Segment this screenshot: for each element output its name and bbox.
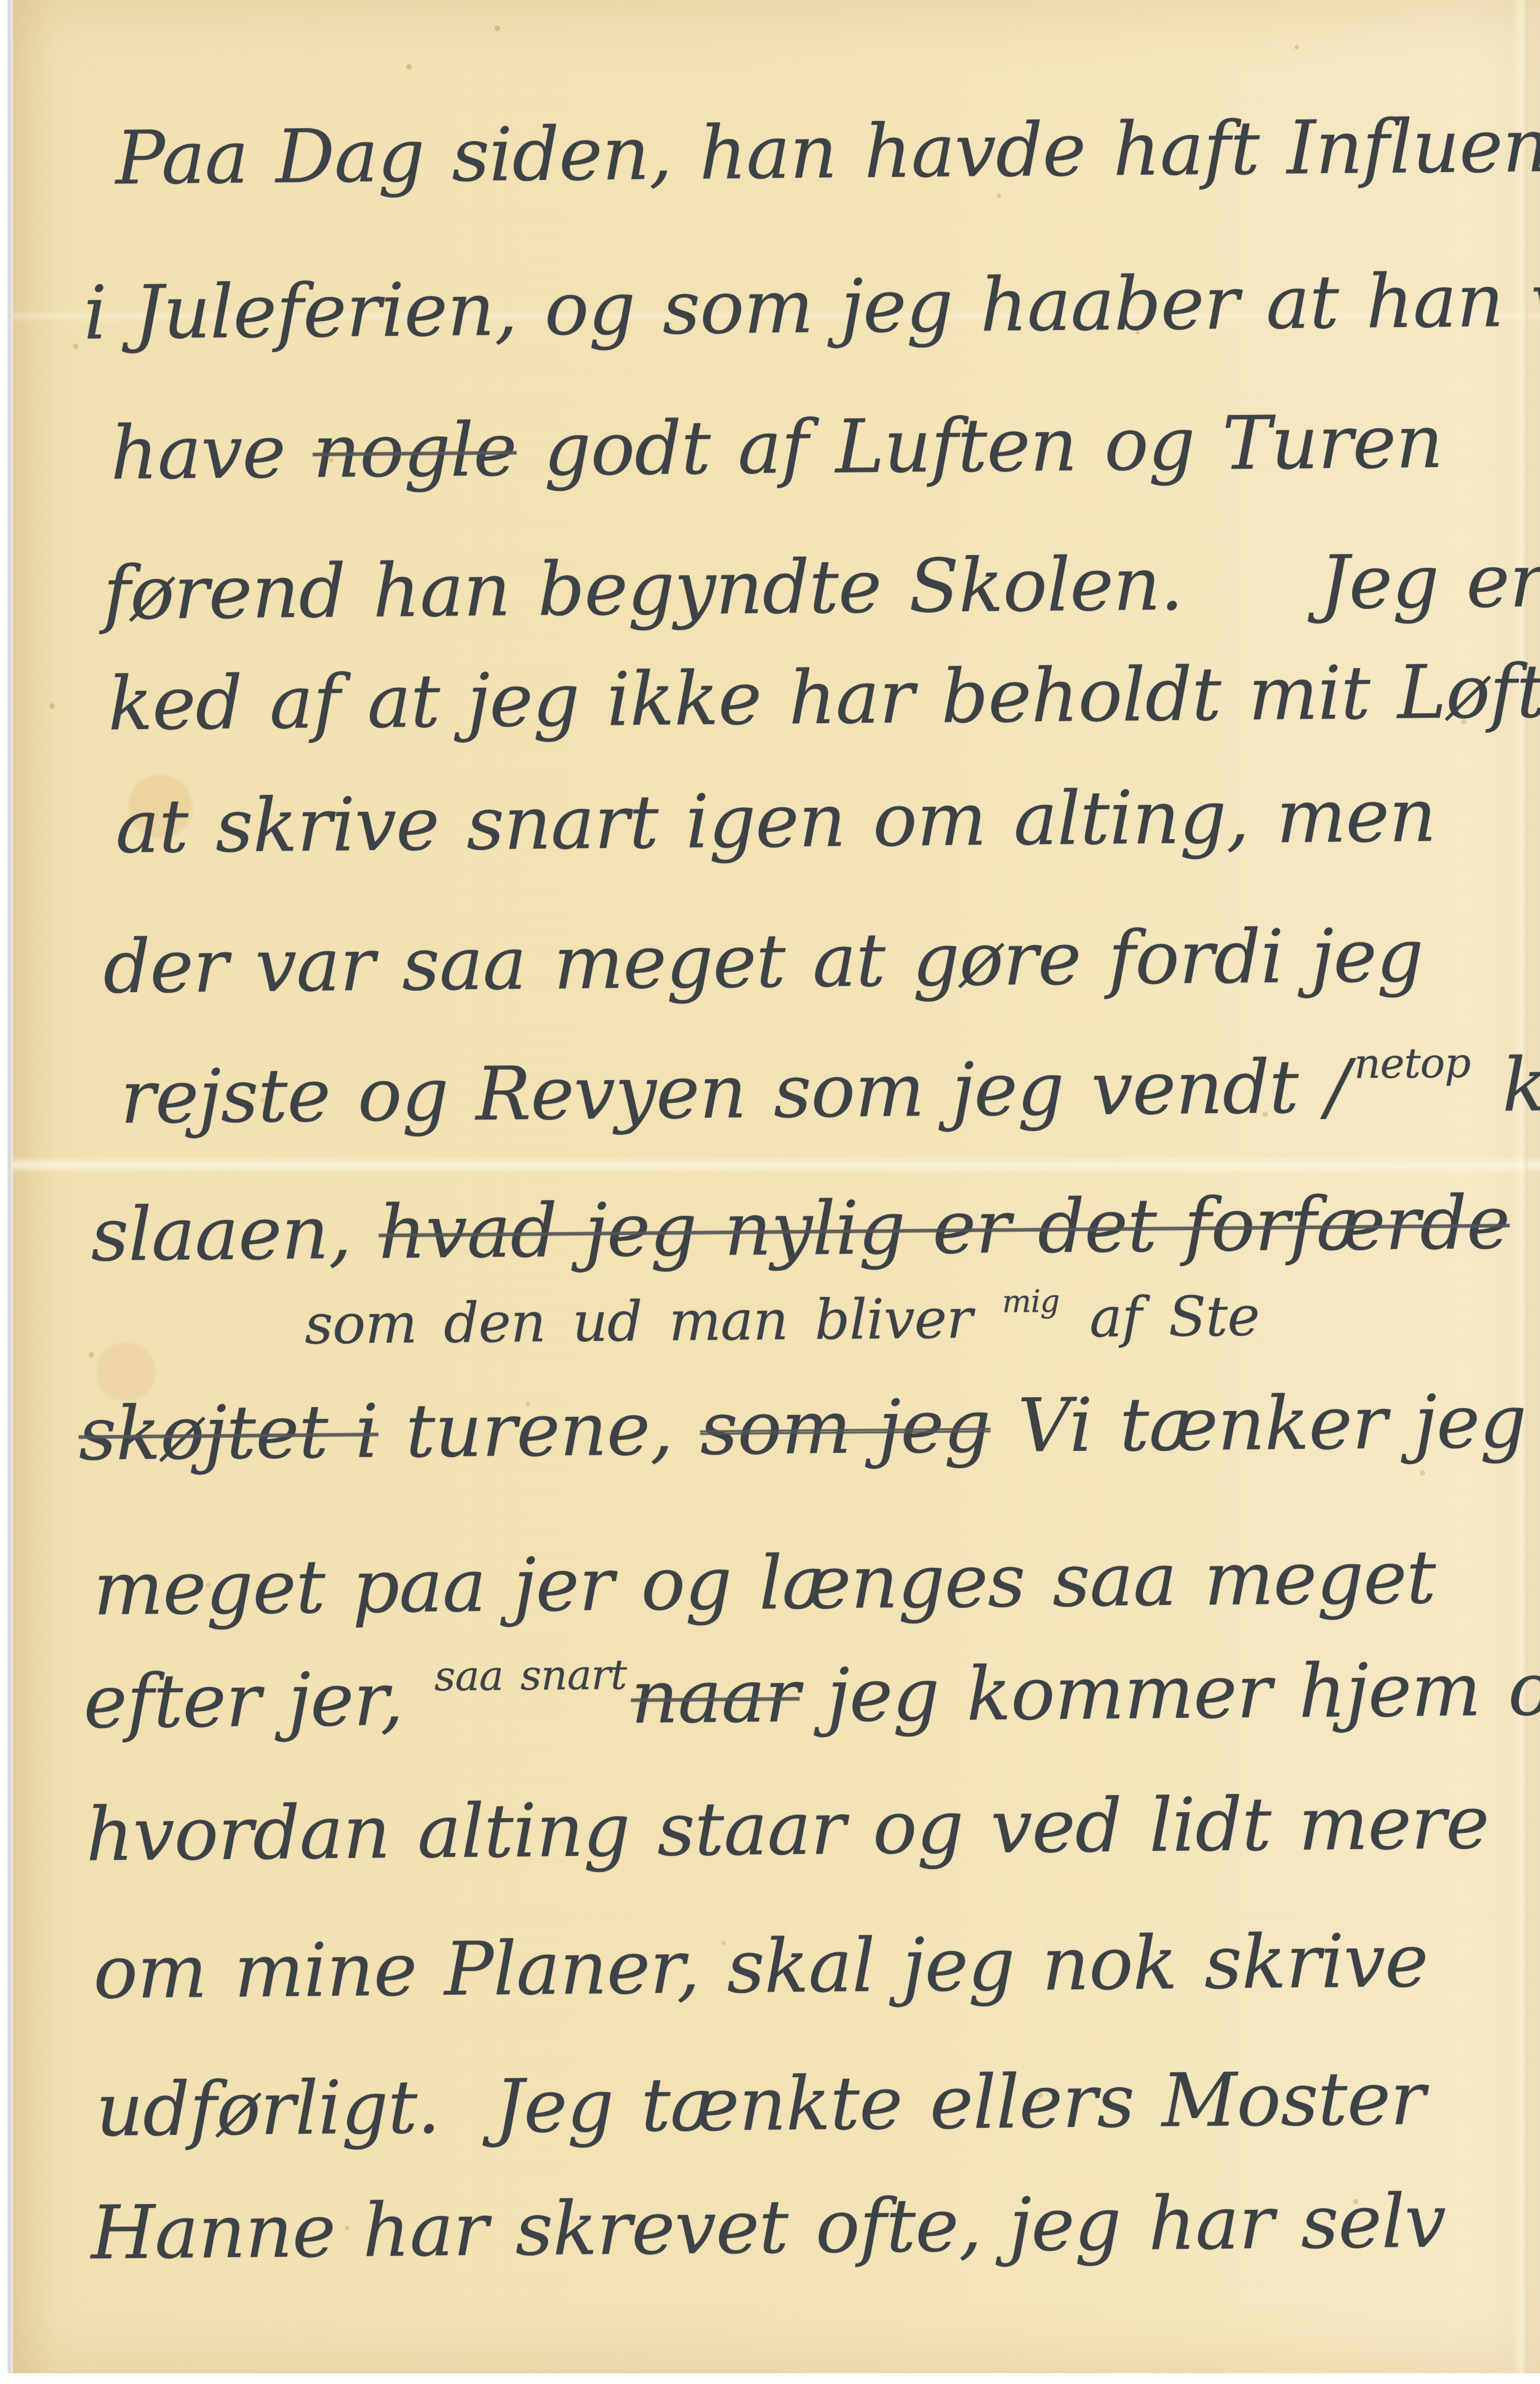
- strikethrough-text: hvad jeg nylig er det forfærde: [378, 1180, 1510, 1275]
- handwriting-text: have: [110, 409, 313, 497]
- scan-edge-bottom: [0, 2373, 1540, 2384]
- handwriting-line: efter jer, saa snartnaar jeg kommer hjem…: [83, 1651, 1540, 1739]
- handwriting-line: meget paa jer og længes saa meget: [93, 1541, 1436, 1626]
- handwriting-line: om mine Planer, skal jeg nok skrive: [93, 1924, 1428, 2010]
- handwriting-text: der var saa meget at gøre fordi jeg: [103, 913, 1424, 1010]
- strikethrough-text: naar: [631, 1653, 800, 1740]
- handwriting-text: efter jer,: [83, 1656, 431, 1745]
- handwriting-text: jeg kommer hjem og hør: [799, 1645, 1540, 1739]
- handwriting-line: som den ud man bliver mig af Ste: [305, 1289, 1260, 1352]
- handwriting-text: udførligt. Jeg tænkte ellers Moster: [95, 2056, 1425, 2153]
- handwriting-text: Paa Dag siden, han havde haft Influenza: [115, 103, 1540, 202]
- interlinear-insertion: mig: [1002, 1283, 1059, 1320]
- handwriting-line: der var saa meget at gøre fordi jeg: [103, 919, 1424, 1004]
- handwriting-text: rejste og Revyen som jeg vendt /: [120, 1044, 1350, 1141]
- handwriting-text: som den ud man bliver: [304, 1287, 999, 1356]
- handwriting-line: rejste og Revyen som jeg vendt /netop ka…: [120, 1048, 1540, 1135]
- strikethrough-text: som jeg: [700, 1383, 991, 1472]
- handwriting-line: i Juleferien, og som jeg haaber at han v…: [83, 263, 1540, 350]
- handwriting-text: godt af Luften og Turen: [516, 399, 1443, 493]
- handwriting-line: Hanne har skrevet ofte, jeg har selv: [90, 2184, 1446, 2270]
- paper-fold-right-edge: [1511, 0, 1528, 2373]
- handwriting-line: hvordan alting staar og ved lidt mere: [86, 1786, 1489, 1872]
- handwriting-line: slaaen, hvad jeg nylig er det forfærde: [90, 1186, 1510, 1272]
- interlinear-insertion: saa snart: [434, 1650, 627, 1700]
- handwriting-line: udførligt. Jeg tænkte ellers Moster: [95, 2062, 1425, 2148]
- handwriting-text: at skrive snart igen om alting, men: [115, 773, 1436, 870]
- handwriting-text: slaaen,: [90, 1190, 379, 1278]
- paper-crease-middle: [13, 1156, 1540, 1173]
- handwriting-line: at skrive snart igen om alting, men: [115, 779, 1436, 864]
- interlinear-insertion: netop: [1354, 1039, 1471, 1088]
- handwriting-line: Paa Dag siden, han havde haft Influenza: [115, 109, 1540, 196]
- handwriting-text: hvordan alting staar og ved lidt mere: [86, 1780, 1489, 1878]
- strikethrough-text: nogle: [312, 407, 517, 495]
- handwriting-text: meget paa jer og længes saa meget: [93, 1535, 1436, 1632]
- handwriting-line: førend han begyndte Skolen. Jeg er nu: [103, 543, 1540, 631]
- handwriting-text: turene,: [378, 1386, 700, 1474]
- scanned-letter-page: { "document": { "kind": "handwritten let…: [0, 0, 1540, 2384]
- handwriting-text: ked af at jeg ikke har beholdt mit Løfte: [108, 648, 1540, 747]
- handwriting-text: af Ste: [1062, 1284, 1260, 1350]
- handwriting-text: førend han begyndte Skolen. Jeg er nu: [103, 537, 1540, 637]
- paper-sheet: Paa Dag siden, han havde haft Influenzai…: [13, 0, 1540, 2373]
- handwriting-text: kan: [1475, 1042, 1540, 1129]
- handwriting-text: i Juleferien, og som jeg haaber at han v…: [83, 257, 1540, 356]
- handwriting-line: have nogle godt af Luften og Turen: [110, 405, 1443, 491]
- strikethrough-text: skøjtet i: [78, 1389, 378, 1477]
- handwriting-text: Hanne har skrevet ofte, jeg har selv: [90, 2178, 1446, 2276]
- handwriting-line: ked af at jeg ikke har beholdt mit Løfte: [108, 654, 1540, 741]
- scan-edge-left: [0, 0, 13, 2384]
- handwriting-text: om mine Planer, skal jeg nok skrive: [93, 1918, 1428, 2016]
- handwriting-text: Vi tænker jeg saa: [990, 1378, 1540, 1469]
- handwriting-line: skøjtet i turene, som jeg Vi tænker jeg …: [78, 1383, 1540, 1471]
